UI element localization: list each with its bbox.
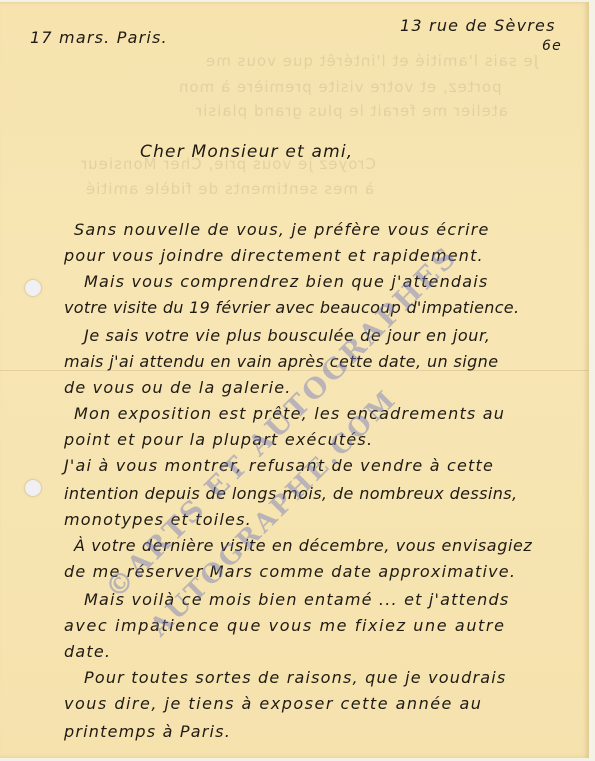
letter-line: date.: [64, 642, 111, 661]
letter-line: Pour toutes sortes de raisons, que je vo…: [84, 668, 506, 687]
bleed-through-line: portez, et votre visite première à mon: [178, 78, 502, 96]
punch-hole-top: [25, 280, 41, 296]
letter-line: avec impatience que vous me fixiez une a…: [64, 616, 506, 635]
letter-line: Je sais votre vie plus bousculée de jour…: [84, 326, 490, 345]
letter-date-place: 17 mars. Paris.: [30, 28, 168, 47]
letter-address-line2: 6e: [542, 38, 562, 54]
letter-address-line1: 13 rue de Sèvres: [400, 16, 556, 35]
letter-line: J'ai à vous montrer, refusant de vendre …: [64, 456, 494, 475]
letter-line: mais j'ai attendu en vain après cette da…: [64, 352, 498, 371]
bleed-through-line: Je sais l'amitié et l'intérêt que vous m…: [205, 52, 538, 70]
letter-line: de vous ou de la galerie.: [64, 378, 292, 397]
letter-line: Sans nouvelle de vous, je préfère vous é…: [74, 220, 490, 239]
letter-line: printemps à Paris.: [64, 722, 231, 741]
letter-page: Je sais l'amitié et l'intérêt que vous m…: [0, 2, 589, 758]
letter-line: vous dire, je tiens à exposer cette anné…: [64, 694, 482, 713]
letter-line: votre visite du 19 février avec beaucoup…: [64, 298, 519, 317]
letter-salutation: Cher Monsieur et ami,: [140, 142, 353, 162]
punch-hole-bottom: [25, 480, 41, 496]
bleed-through-line: à mes sentiments de fidèle amitié: [85, 180, 374, 198]
bleed-through-line: atelier me ferait le plus grand plaisir: [195, 102, 508, 120]
letter-line: Mais voilà ce mois bien entamé ... et j'…: [84, 590, 509, 609]
